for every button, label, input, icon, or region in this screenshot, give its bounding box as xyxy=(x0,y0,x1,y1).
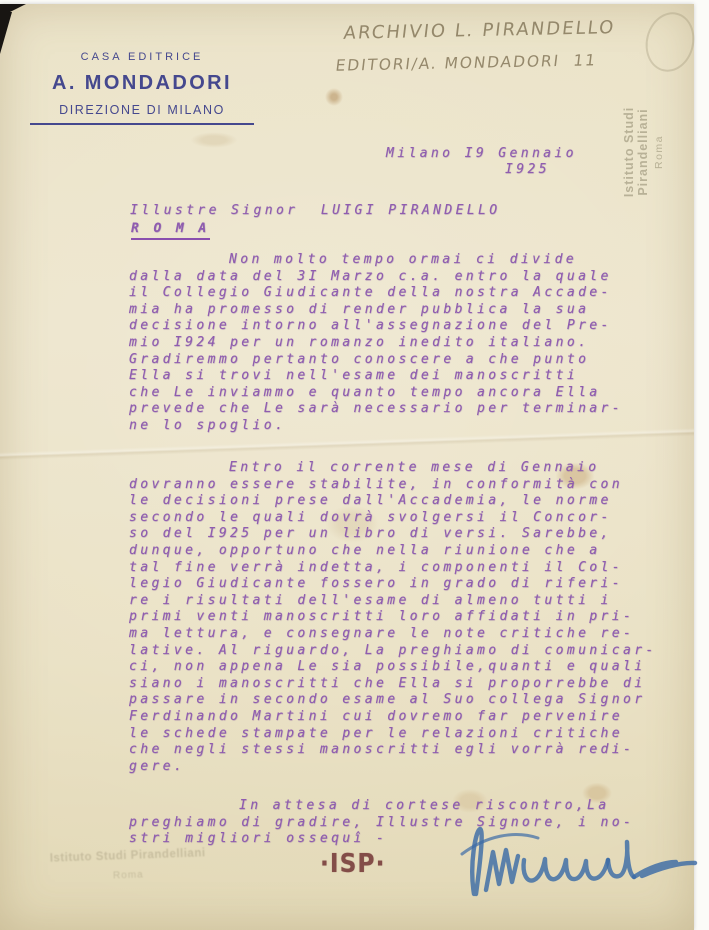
recipient-city: R O M A xyxy=(131,221,210,240)
dateline-place: Milano I9 Gennaio xyxy=(386,146,577,163)
institute-stamp-city: Roma xyxy=(653,63,665,241)
institute-stamp-vertical: Istituto Studi Pirandelliani Roma xyxy=(622,63,662,241)
letterhead-direzione: DIREZIONE DI MILANO xyxy=(30,103,254,125)
letterhead-company-name: A. MONDADORI xyxy=(30,72,254,95)
institute-stamp-name: Istituto Studi Pirandelliani xyxy=(26,846,230,865)
dateline-year: I925 xyxy=(505,162,550,179)
institute-stamp-name: Istituto Studi Pirandelliani xyxy=(622,63,650,241)
letter-paragraph-2: Entro il corrente mese di Gennaio dovran… xyxy=(129,460,694,775)
archive-note-line1: ARCHIVIO L. PIRANDELLO xyxy=(342,17,616,44)
corner-fold xyxy=(0,4,30,54)
letterhead-casa-editrice: CASA EDITRICE xyxy=(30,51,254,63)
archive-note-line2: EDITORI/A. MONDADORI 11 xyxy=(335,51,598,74)
recipient-line: Illustre Signor LUIGI PIRANDELLO xyxy=(130,203,500,220)
isp-stamp: ·ISP· xyxy=(320,849,385,879)
letterhead: CASA EDITRICE A. MONDADORI DIREZIONE DI … xyxy=(30,51,254,125)
institute-stamp-bottom: Istituto Studi Pirandelliani Roma xyxy=(26,846,231,884)
signature-ink xyxy=(452,814,704,909)
institute-stamp-city: Roma xyxy=(26,866,230,884)
scanned-letter-page: CASA EDITRICE A. MONDADORI DIREZIONE DI … xyxy=(0,4,694,930)
letter-paragraph-1: Non molto tempo ormai ci divide dalla da… xyxy=(129,252,694,435)
